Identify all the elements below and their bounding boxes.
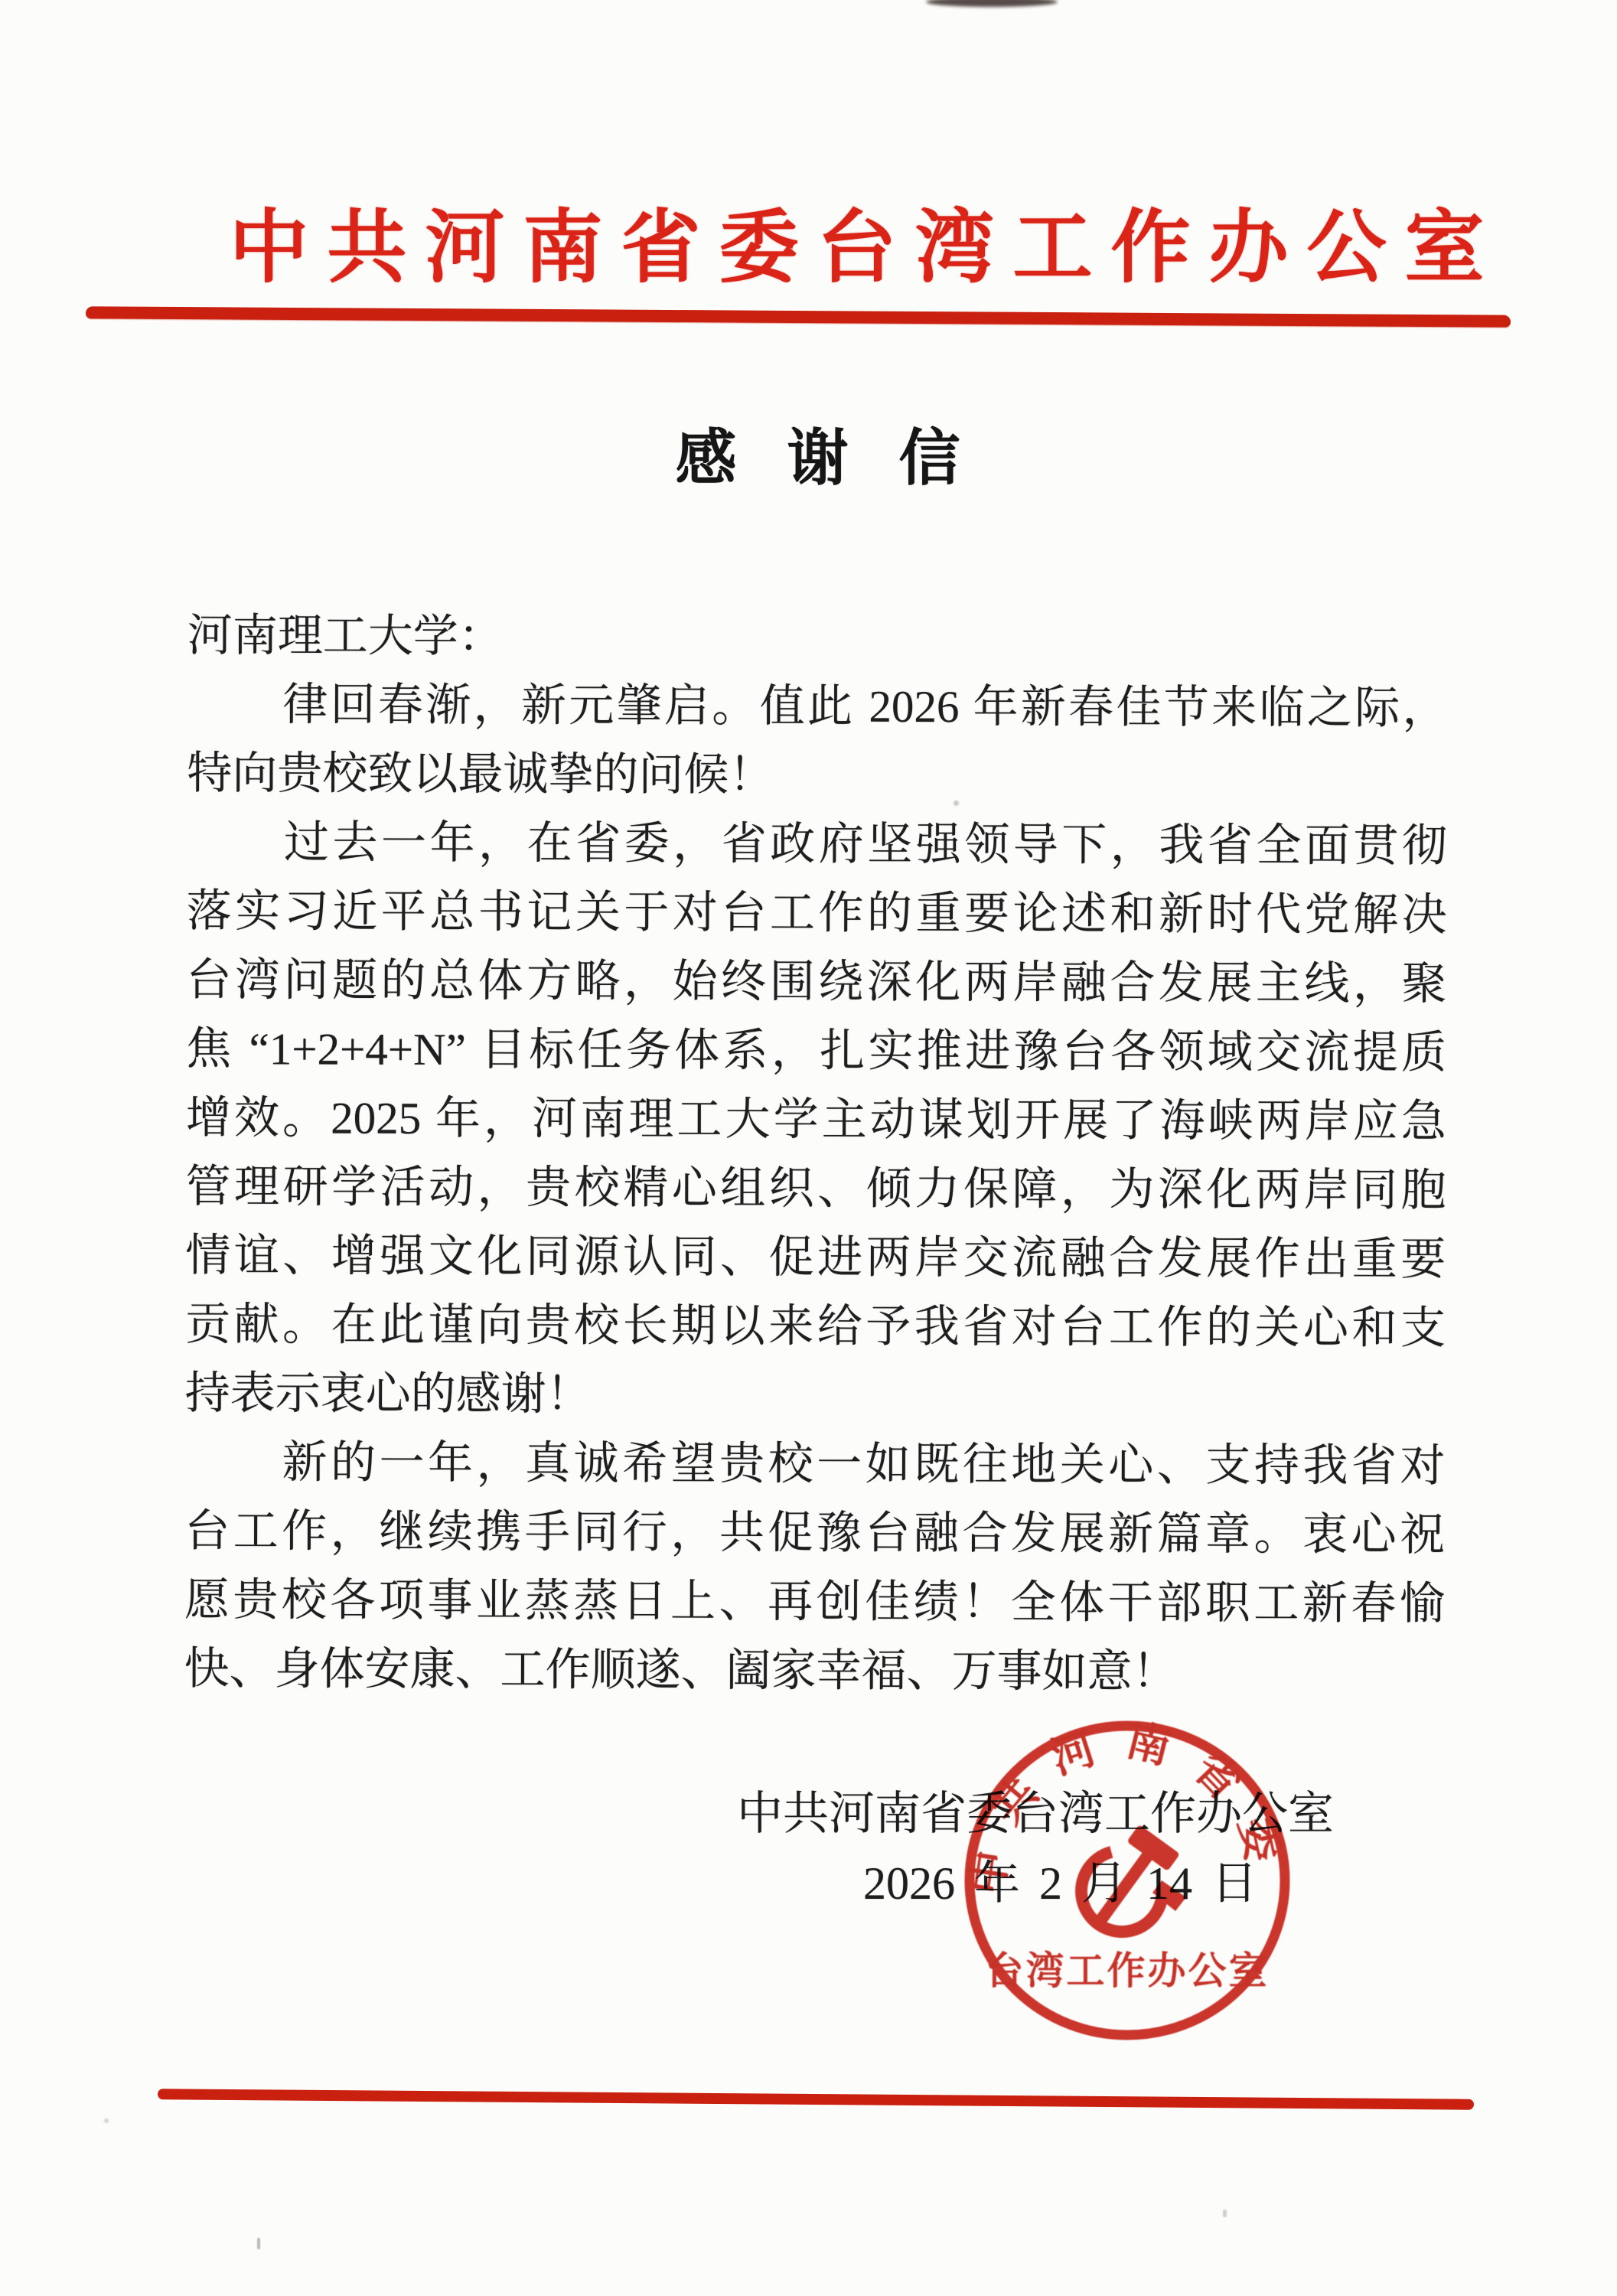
cpc-hammer-sickle-emblem-icon — [1075, 1825, 1186, 1939]
official-seal-graphic: 中共河南省委 台湾工作办公室 — [957, 1718, 1297, 2043]
body-line: 特向贵校致以最诚挚的问候！ — [187, 739, 1447, 811]
salutation: 河南理工大学： — [187, 601, 1448, 673]
scan-speck — [104, 2118, 109, 2123]
body-line: 贡献。在此谨向贵校长期以来给予我省对台工作的关心和支 — [185, 1290, 1446, 1362]
body-line: 新的一年，真诚希望贵校一如既往地关心、支持我省对 — [184, 1427, 1445, 1500]
body-line: 愿贵校各项事业蒸蒸日上、再创佳绩！全体干部职工新春愉 — [184, 1565, 1445, 1638]
official-seal: 中共河南省委 台湾工作办公室 — [957, 1718, 1297, 2043]
letter-page: 中共河南省委台湾工作办公室 感 谢 信 河南理工大学： 律回春渐，新元肇启。值此… — [0, 0, 1617, 2296]
body-line: 情谊、增强文化同源认同、促进两岸交流融合发展作出重要 — [185, 1221, 1446, 1293]
scan-speck — [257, 2238, 260, 2249]
body-line: 台湾问题的总体方略，始终围绕深化两岸融合发展主线，聚 — [186, 945, 1446, 1018]
scan-speck — [1223, 2210, 1227, 2217]
seal-arc-text: 中共河南省委 — [963, 1718, 1292, 1898]
seal-bottom-text: 台湾工作办公室 — [986, 1949, 1270, 1992]
body-line: 过去一年，在省委，省政府坚强领导下，我省全面贯彻 — [187, 807, 1447, 880]
body-line: 落实习近平总书记关于对台工作的重要论述和新时代党解决 — [187, 876, 1447, 949]
seal-arc-text-container: 中共河南省委 — [963, 1718, 1292, 1898]
body-line: 焦 “1+2+4+N” 目标任务体系，扎实推进豫台各领域交流提质 — [186, 1014, 1446, 1087]
body-line: 快、身体安康、工作顺遂、阖家幸福、万事如意！ — [184, 1634, 1444, 1707]
body-line: 管理研学活动，贵校精心组织、倾力保障，为深化两岸同胞 — [185, 1152, 1446, 1225]
footer-rule — [158, 2089, 1474, 2110]
letterhead-org-name: 中共河南省委台湾工作办公室 — [57, 205, 1617, 292]
body-line: 增效。2025 年，河南理工大学主动谋划开展了海峡两岸应急 — [186, 1083, 1446, 1156]
body-line: 律回春渐，新元肇启。值此 2026 年新春佳节来临之际， — [187, 670, 1447, 742]
letter-body: 河南理工大学： 律回春渐，新元肇启。值此 2026 年新春佳节来临之际， 特向贵… — [184, 601, 1448, 1707]
body-line: 台工作，继续携手同行，共促豫台融合发展新篇章。衷心祝 — [184, 1496, 1445, 1569]
letter-title: 感 谢 信 — [15, 422, 1617, 496]
letterhead-rule — [86, 306, 1511, 327]
body-line: 持表示衷心的感谢！ — [185, 1358, 1446, 1431]
scan-smudge-top — [926, 0, 1058, 7]
